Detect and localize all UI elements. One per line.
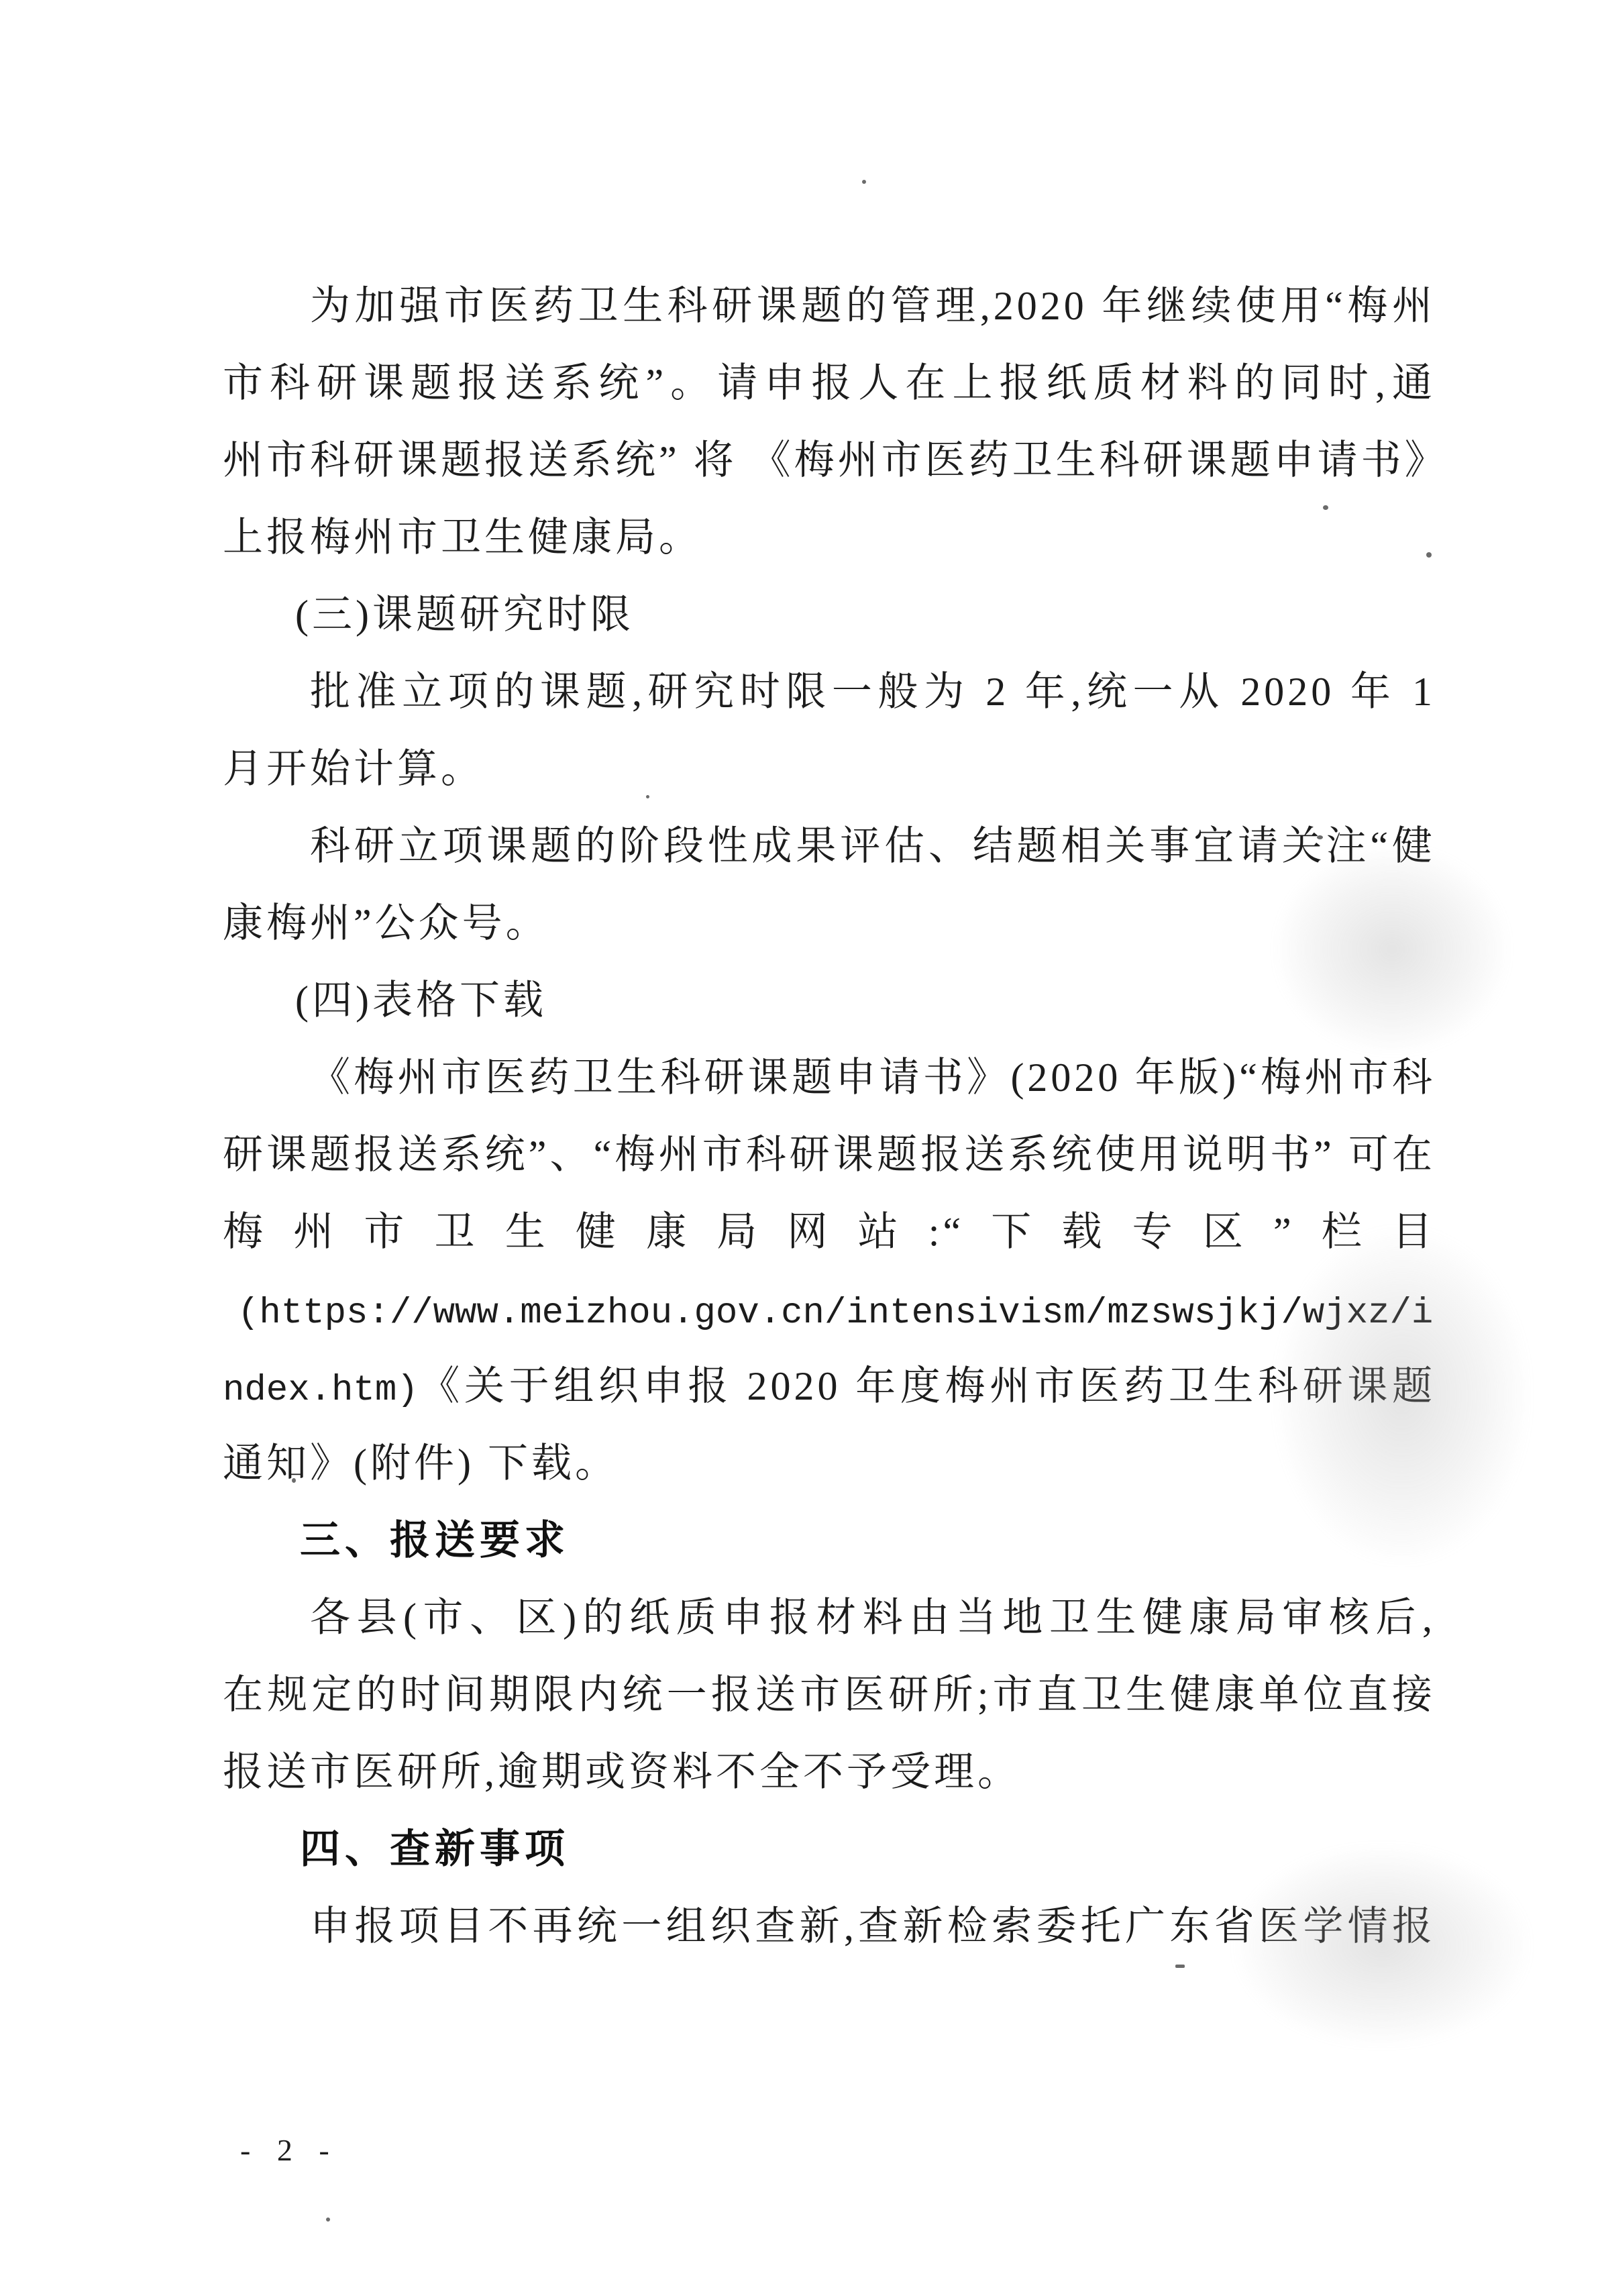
body-line-3: 州市科研课题报送系统” 将 《梅州市医药卫生科研课题申请书》 — [223, 436, 1436, 487]
body-line-12: 研课题报送系统”、“梅州市科研课题报送系统使用说明书” 可在 — [223, 1131, 1436, 1182]
body-line-7: 月开始计算。 — [223, 745, 1436, 796]
body-line-6: 批准立项的课题,研究时限一般为 2 年,统一从 2020 年 1 — [223, 668, 1436, 719]
scanned-document-page: { "colors": { "ink": "#1c1c1c" }, "doc":… — [0, 0, 1600, 2296]
scan-speck — [862, 180, 866, 184]
body-line-16: 通知》(附件) 下载。 — [223, 1439, 1436, 1490]
body-line-1: 为加强市医药卫生科研课题的管理,2020 年继续使用“梅州 — [223, 282, 1436, 333]
body-line-22: 申报项目不再统一组织查新,查新检索委托广东省医学情报 — [223, 1902, 1436, 1953]
document-canvas: 为加强市医药卫生科研课题的管理,2020 年继续使用“梅州 市科研课题报送系统”… — [0, 0, 1600, 2296]
section-heading-submission-requirements: 三、报送要求 — [223, 1516, 1436, 1567]
body-line-2: 市科研课题报送系统”。请申报人在上报纸质材料的同时,通过“梅 — [223, 359, 1436, 410]
body-line-20: 报送市医研所,逾期或资料不全不予受理。 — [223, 1748, 1436, 1799]
body-line-19: 在规定的时间期限内统一报送市医研所;市直卫生健康单位直接 — [223, 1671, 1436, 1722]
url-close-paren: ) — [396, 1370, 418, 1411]
scan-speck — [1175, 1965, 1185, 1968]
page-number: - 2 - — [240, 2132, 339, 2168]
body-line-9: 康梅州”公众号。 — [223, 899, 1436, 950]
subsection-heading-form-download: (四)表格下载 — [223, 976, 1436, 1027]
body-line-11: 《梅州市医药卫生科研课题申请书》(2020 年版)“梅州市科 — [223, 1053, 1436, 1104]
url-text-part-1: https://www.meizhou.gov.cn/intensivism/m… — [259, 1293, 1433, 1336]
url-open-paren: ( — [237, 1293, 259, 1334]
url-text-part-2: ndex.htm — [223, 1370, 396, 1413]
body-line-18: 各县(市、区)的纸质申报材料由当地卫生健康局审核后, — [223, 1594, 1436, 1645]
body-line-13-spread: 梅州市卫生健康局网站:“下载专区”栏目 — [223, 1208, 1436, 1259]
url-line-1: (https://www.meizhou.gov.cn/intensivism/… — [223, 1285, 1436, 1336]
body-line-4: 上报梅州市卫生健康局。 — [223, 513, 1436, 564]
section-heading-novelty-search: 四、查新事项 — [223, 1825, 1436, 1876]
scan-speck — [1323, 505, 1328, 510]
url-line-2: ndex.htm)《关于组织申报 2020 年度梅州市医药卫生科研课题的 — [223, 1362, 1436, 1413]
scan-speck — [326, 2217, 330, 2222]
subsection-heading-research-period: (三)课题研究时限 — [223, 590, 1436, 641]
body-line-8: 科研立项课题的阶段性成果评估、结题相关事宜请关注“健 — [223, 822, 1436, 873]
